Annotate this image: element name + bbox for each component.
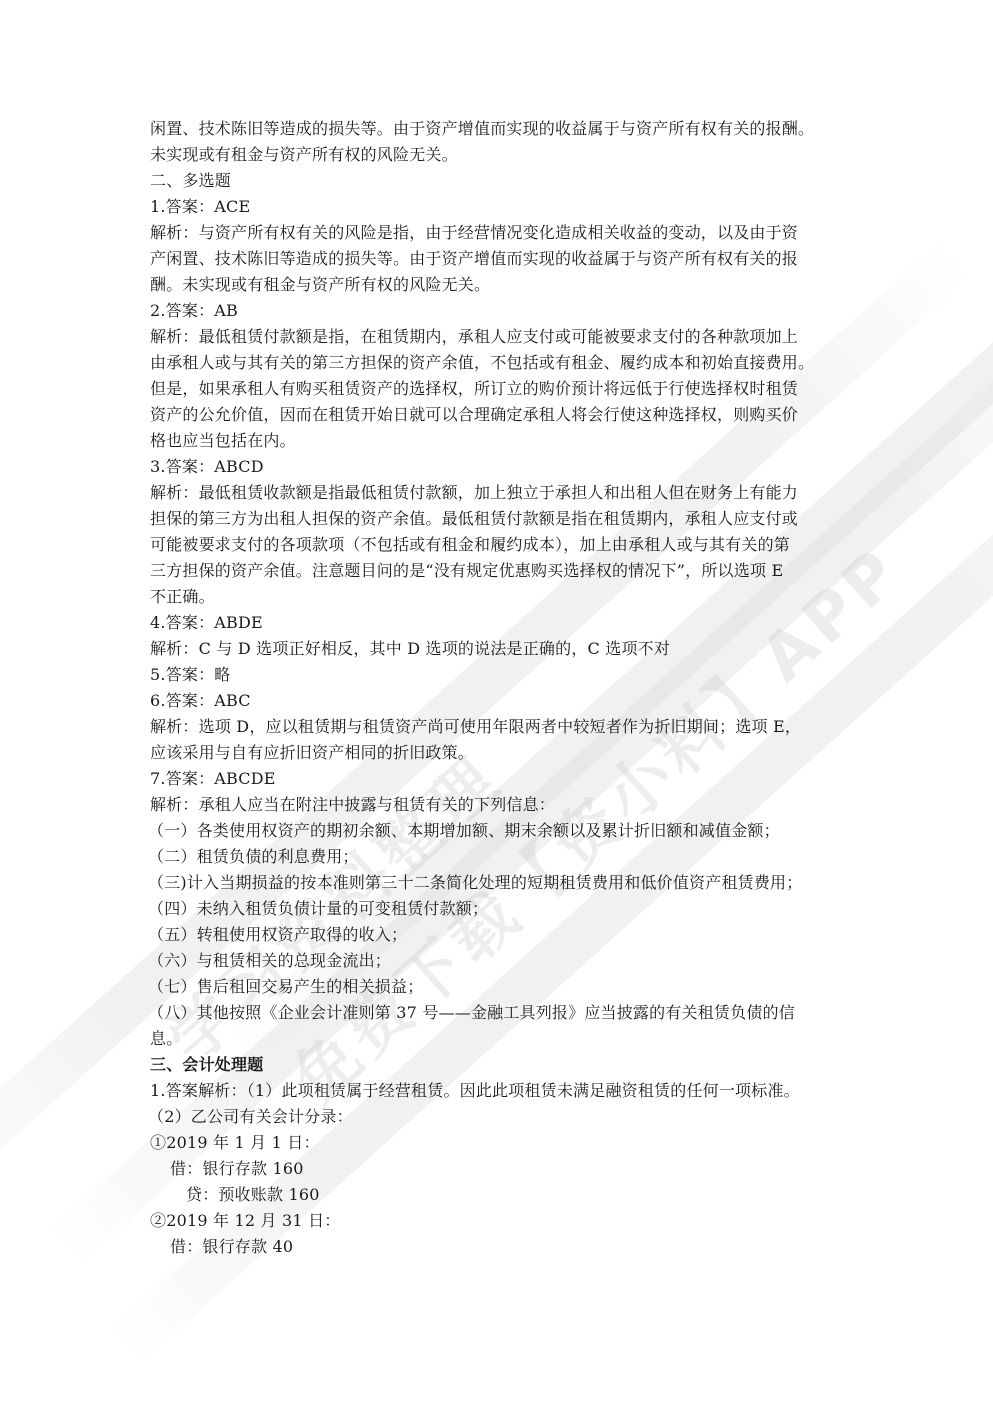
answer-q6: 6.答案：ABC — [150, 688, 850, 714]
journal-entry-debit: 借：银行存款 40 — [150, 1234, 850, 1260]
answer-q7: 7.答案：ABCDE — [150, 766, 850, 792]
analysis-line: 产闲置、技术陈旧等造成的损失等。由于资产增值而实现的收益属于与资产所有权有关的报 — [150, 246, 850, 272]
disclosure-list-item: （二）租赁负债的利息费用； — [148, 844, 850, 870]
section-title-multiple-choice: 二、多选题 — [150, 168, 850, 194]
answer-q4: 4.答案：ABDE — [150, 610, 850, 636]
intro-line: 未实现或有租金与资产所有权的风险无关。 — [150, 142, 850, 168]
disclosure-list-item: （四）未纳入租赁负债计量的可变租赁付款额； — [148, 896, 850, 922]
analysis-line: 解析：与资产所有权有关的风险是指，由于经营情况变化造成相关收益的变动，以及由于资 — [150, 220, 850, 246]
analysis-line: 担保的第三方为出租人担保的资产余值。最低租赁付款额是指在租赁期内，承租人应支付或 — [150, 506, 850, 532]
disclosure-list-item-continued: 息。 — [150, 1026, 850, 1052]
analysis-line: 可能被要求支付的各项款项（不包括或有租金和履约成本），加上由承租人或与其有关的第 — [150, 532, 850, 558]
answer-q5: 5.答案：略 — [150, 662, 850, 688]
analysis-line: 解析：C 与 D 选项正好相反，其中 D 选项的说法是正确的，C 选项不对 — [150, 636, 850, 662]
disclosure-list-item: （七）售后租回交易产生的相关损益； — [148, 974, 850, 1000]
section-title-accounting: 三、会计处理题 — [150, 1052, 850, 1078]
disclosure-list-item: （一）各类使用权资产的期初余额、本期增加额、期末余额以及累计折旧额和减值金额； — [148, 818, 850, 844]
intro-line: 闲置、技术陈旧等造成的损失等。由于资产增值而实现的收益属于与资产所有权有关的报酬… — [150, 116, 850, 142]
analysis-line: 三方担保的资产余值。注意题目问的是“没有规定优惠购买选择权的情况下”，所以选项 … — [150, 558, 850, 584]
journal-entry-credit: 贷：预收账款 160 — [150, 1182, 850, 1208]
analysis-line: 酬。未实现或有租金与资产所有权的风险无关。 — [150, 272, 850, 298]
answer-q1: 1.答案：ACE — [150, 194, 850, 220]
analysis-line: 由承租人或与其有关的第三方担保的资产余值，不包括或有租金、履约成本和初始直接费用… — [150, 350, 850, 376]
disclosure-list-item: （三)计入当期损益的按本准则第三十二条简化处理的短期租赁费用和低价值资产租赁费用… — [148, 870, 850, 896]
disclosure-list-item: （六）与租赁相关的总现金流出； — [148, 948, 850, 974]
answer-q2: 2.答案：AB — [150, 298, 850, 324]
q1-analysis-line: （2）乙公司有关会计分录： — [148, 1104, 850, 1130]
disclosure-list-item: （八）其他按照《企业会计准则第 37 号——金融工具列报》应当披露的有关租赁负债… — [148, 1000, 850, 1026]
journal-entry-debit: 借：银行存款 160 — [150, 1156, 850, 1182]
analysis-line: 不正确。 — [150, 584, 850, 610]
disclosure-list-item: （五）转租使用权资产取得的收入； — [148, 922, 850, 948]
analysis-line: 解析：选项 D，应以租赁期与租赁资产尚可使用年限两者中较短者作为折旧期间；选项 … — [150, 714, 850, 740]
document-page: 闲置、技术陈旧等造成的损失等。由于资产增值而实现的收益属于与资产所有权有关的报酬… — [150, 116, 850, 1260]
journal-entry-date: ②2019 年 12 月 31 日： — [150, 1208, 850, 1234]
analysis-line: 解析：承租人应当在附注中披露与租赁有关的下列信息： — [150, 792, 850, 818]
q1-analysis-line: 1.答案解析：（1）此项租赁属于经营租赁。因此此项租赁未满足融资租赁的任何一项标… — [150, 1078, 850, 1104]
answer-q3: 3.答案：ABCD — [150, 454, 850, 480]
analysis-line: 解析：最低租赁付款额是指，在租赁期内，承租人应支付或可能被要求支付的各种款项加上 — [150, 324, 850, 350]
journal-entry-date: ①2019 年 1 月 1 日： — [150, 1130, 850, 1156]
analysis-line: 但是，如果承租人有购买租赁资产的选择权，所订立的购价预计将远低于行使选择权时租赁 — [150, 376, 850, 402]
analysis-line: 资产的公允价值，因而在租赁开始日就可以合理确定承租人将会行使这种选择权，则购买价 — [150, 402, 850, 428]
analysis-line: 解析：最低租赁收款额是指最低租赁付款额，加上独立于承担人和出租人但在财务上有能力 — [150, 480, 850, 506]
analysis-line: 应该采用与自有应折旧资产相同的折旧政策。 — [150, 740, 850, 766]
analysis-line: 格也应当包括在内。 — [150, 428, 850, 454]
